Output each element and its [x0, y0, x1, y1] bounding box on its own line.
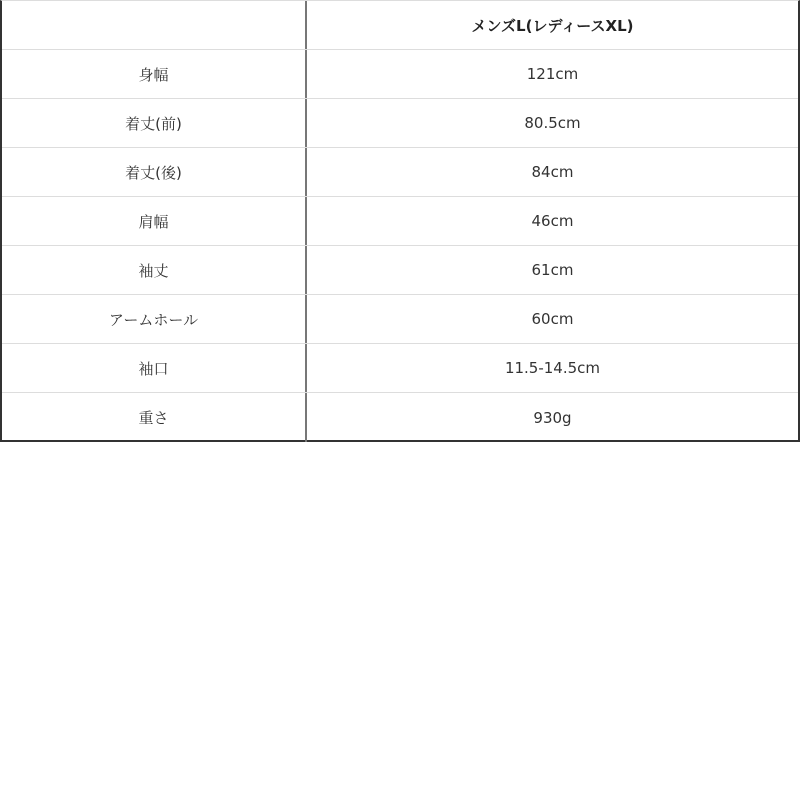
header-label-cell: [2, 1, 307, 49]
row-value: 84cm: [307, 148, 798, 196]
header-size-cell: メンズL(レディースXL): [307, 1, 798, 49]
table-header-row: メンズL(レディースXL): [2, 1, 798, 50]
row-label: 肩幅: [2, 197, 307, 245]
row-value: 61cm: [307, 246, 798, 294]
row-value: 11.5-14.5cm: [307, 344, 798, 392]
row-value: 121cm: [307, 50, 798, 98]
table-row: 重さ 930g: [2, 393, 798, 442]
row-label: 着丈(前): [2, 99, 307, 147]
row-value: 60cm: [307, 295, 798, 343]
row-label: 袖口: [2, 344, 307, 392]
table-row: 肩幅 46cm: [2, 197, 798, 246]
row-label: アームホール: [2, 295, 307, 343]
row-label: 袖丈: [2, 246, 307, 294]
table-row: 着丈(後) 84cm: [2, 148, 798, 197]
row-label: 着丈(後): [2, 148, 307, 196]
row-value: 930g: [307, 393, 798, 442]
row-value: 80.5cm: [307, 99, 798, 147]
row-value: 46cm: [307, 197, 798, 245]
table-row: 袖丈 61cm: [2, 246, 798, 295]
row-label: 身幅: [2, 50, 307, 98]
table-row: 着丈(前) 80.5cm: [2, 99, 798, 148]
row-label: 重さ: [2, 393, 307, 442]
table-row: 身幅 121cm: [2, 50, 798, 99]
table-row: アームホール 60cm: [2, 295, 798, 344]
size-table: メンズL(レディースXL) 身幅 121cm 着丈(前) 80.5cm 着丈(後…: [0, 0, 800, 442]
table-row: 袖口 11.5-14.5cm: [2, 344, 798, 393]
